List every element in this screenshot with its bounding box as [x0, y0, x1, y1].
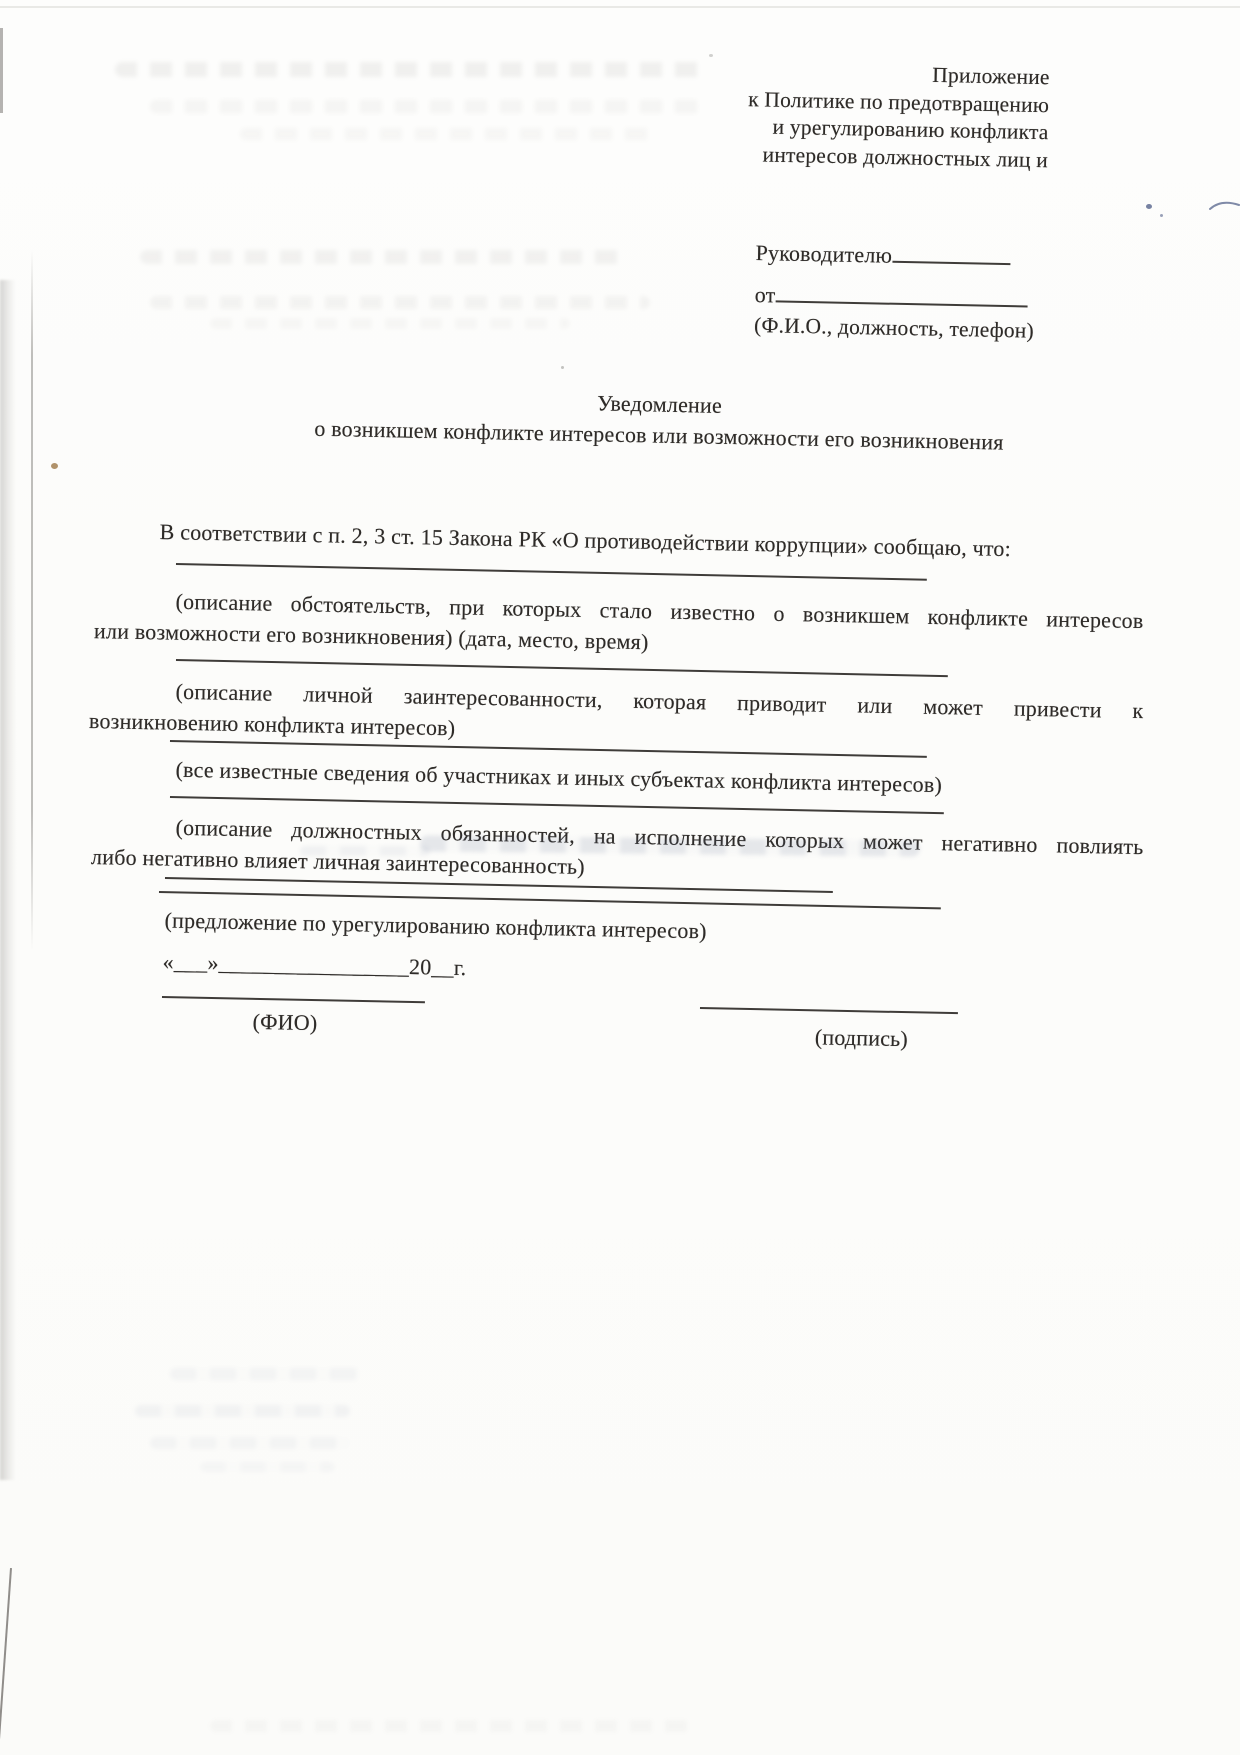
- paper-stain-dot: [51, 463, 58, 469]
- blank-line-2: [176, 659, 948, 677]
- addressee-block: Руководителю от (Ф.И.О., должность, теле…: [754, 233, 1036, 346]
- signature-name-line: [162, 996, 425, 1003]
- bleedthrough-smudge: [240, 128, 660, 140]
- paper-crease-line: [31, 250, 33, 950]
- caption-line: (предложение по урегулированию конфликта…: [164, 905, 1143, 956]
- bleedthrough-smudge: [200, 1462, 335, 1472]
- bleedthrough-smudge: [170, 1368, 360, 1380]
- bleedthrough-smudge: [150, 1437, 350, 1449]
- open-quote: «: [162, 949, 174, 974]
- addressee-to-blank: [892, 236, 1011, 265]
- signature-sign-line: [700, 1007, 958, 1014]
- blank-line-4: [170, 796, 944, 814]
- appendix-note: Приложение к Политике по предотвращению …: [688, 57, 1050, 174]
- addressee-from-label: от: [755, 282, 776, 307]
- field-caption-personal-interest: (описание личной заинтересованности, кот…: [89, 674, 1144, 757]
- scan-edge-mark: [0, 28, 3, 113]
- field-caption-participants: (все известные сведения об участниках и …: [89, 752, 1143, 804]
- pen-dot-mark: [1160, 214, 1163, 217]
- paper-speck: [561, 366, 564, 369]
- bleedthrough-smudge: [140, 250, 630, 264]
- date-year-suffix: г.: [454, 955, 467, 980]
- document-title: Уведомление о возникшем конфликте интере…: [129, 378, 1190, 461]
- scanner-edge-band: [0, 280, 16, 1480]
- addressee-from-blank: [775, 275, 1027, 307]
- bleedthrough-smudge: [150, 100, 710, 113]
- bleedthrough-smudge: [135, 1405, 350, 1417]
- date-year-blank: __: [431, 954, 454, 979]
- bleedthrough-smudge: [210, 318, 570, 329]
- signature-name-block: (ФИО): [161, 996, 425, 1038]
- bleedthrough-smudge: [115, 62, 705, 77]
- date-line: «___»_________________20__г.: [162, 946, 466, 983]
- bleedthrough-smudge: [210, 1720, 690, 1732]
- caption-line: (все известные сведения об участниках и …: [175, 754, 1143, 804]
- signature-sign-block: (подпись): [699, 1007, 958, 1053]
- addressee-to-label: Руководителю: [755, 240, 892, 268]
- signature-name-label: (ФИО): [161, 1007, 424, 1038]
- field-caption-circumstances: (описание обстоятельств, при которых ста…: [89, 584, 1144, 667]
- date-year-prefix: 20: [409, 954, 432, 979]
- scanned-document-page: Приложение к Политике по предотвращению …: [0, 0, 1240, 1755]
- scan-edge-mark: [0, 6, 1240, 8]
- blank-line-1: [176, 563, 927, 581]
- date-month-blank: _________________: [218, 950, 409, 979]
- addressee-to-line: Руководителю: [755, 233, 1035, 274]
- signature-sign-label: (подпись): [699, 1022, 957, 1053]
- addressee-from-line: от: [754, 275, 1034, 316]
- pen-dot-mark: [1146, 204, 1152, 209]
- scan-edge-mark: [0, 1568, 12, 1755]
- date-day-blank: ___: [174, 949, 208, 975]
- bleedthrough-smudge: [150, 296, 650, 309]
- addressee-hint: (Ф.И.О., должность, телефон): [754, 310, 1034, 346]
- pen-stroke-mark: [1208, 198, 1240, 214]
- intro-paragraph: В соответствии с п. 2, 3 ст. 15 Закона Р…: [159, 516, 1011, 564]
- close-quote: »: [207, 950, 219, 975]
